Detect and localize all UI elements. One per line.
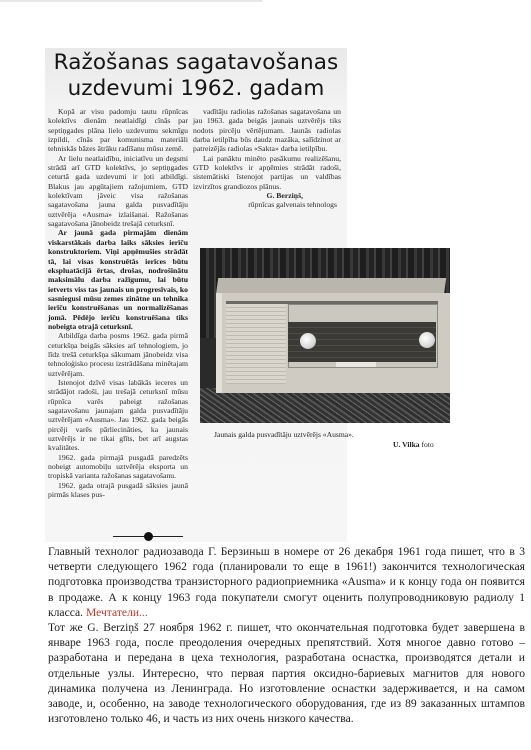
commentary-paragraph-1: Главный технолог радиозавода Г. Берзиньш… (48, 544, 525, 620)
photo-credit-name: U. Vilka (393, 440, 420, 449)
photo-credit-suffix: foto (422, 440, 434, 449)
clipping-headline: Ražošanas sagatavošanas uzdevumi 1962. g… (45, 50, 347, 102)
headline-line-1: Ražošanas sagatavošanas (45, 50, 347, 76)
commentary-text: Главный технолог радиозавода Г. Берзиньш… (48, 544, 525, 726)
left-paragraph: 1962. gada otrajā pusgadā sāksies jaunā … (48, 481, 188, 500)
left-paragraph: Kopā ar visu padomju tautu rūpnīcas kole… (48, 107, 188, 154)
signature-name: G. Berziņš, (193, 191, 341, 200)
signature-title: rūpnīcas galvenais tehnologs (193, 200, 341, 209)
end-divider-dot (144, 532, 153, 541)
left-paragraph: 1962. gada pirmajā pusgadā paredzēts nob… (48, 453, 188, 481)
photo-caption: Jaunais galda pusvadītāju uztvērējs «Aus… (214, 430, 354, 439)
commentary-paragraph-2: Тот же G. Berziņš 27 ноября 1962 г. пише… (48, 620, 525, 726)
top-rule (0, 0, 262, 2)
left-paragraph: Istenojot dzīvē visas labākās ieceres un… (48, 378, 188, 453)
tuning-knob (419, 332, 435, 348)
radio-top (216, 278, 446, 294)
headline-line-2: uzdevumi 1962. gadam (45, 76, 347, 102)
clipping-left-column: Kopā ar visu padomju tautu rūpnīcas kole… (48, 107, 188, 499)
right-paragraph: Lai panāktu minēto pasākumu realizēšanu,… (193, 154, 341, 191)
left-paragraph: Ar jaunā gada pirmajām dienām viskarstāk… (48, 228, 188, 331)
left-paragraph: Atbildīga darba posms 1962. gada pirmā c… (48, 331, 188, 378)
left-paragraph: Ar lielu neatlaidību, iniciatīvu un degs… (48, 154, 188, 229)
ausma-radio-receiver (216, 278, 444, 393)
clipping-right-column: vadītāju radiolas ražošanas sagatavošana… (193, 107, 341, 210)
accent-remark: Мечтатели... (86, 606, 148, 619)
brand-plate (336, 362, 376, 367)
photo-credit: U. Vilka foto (393, 440, 434, 449)
volume-knob (300, 333, 316, 349)
photo-ground (200, 388, 450, 423)
speaker-grille (226, 304, 286, 384)
right-paragraph: vadītāju radiolas ražošanas sagatavošana… (193, 107, 341, 154)
radio-photo (200, 248, 450, 423)
